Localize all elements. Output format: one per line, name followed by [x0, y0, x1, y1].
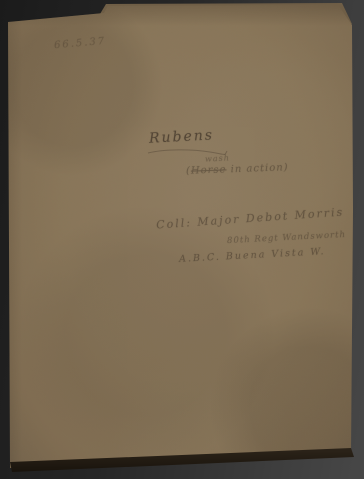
- medium-note-inscription: wash: [205, 153, 230, 163]
- struck-word: Horse: [191, 164, 227, 176]
- parenthetical-rest: in action): [226, 162, 288, 175]
- paper-wrapper-sheet: 66.5.37 Rubens wash (Horse in action) Co…: [0, 0, 364, 479]
- scanned-document-photo: 66.5.37 Rubens wash (Horse in action) Co…: [0, 0, 364, 479]
